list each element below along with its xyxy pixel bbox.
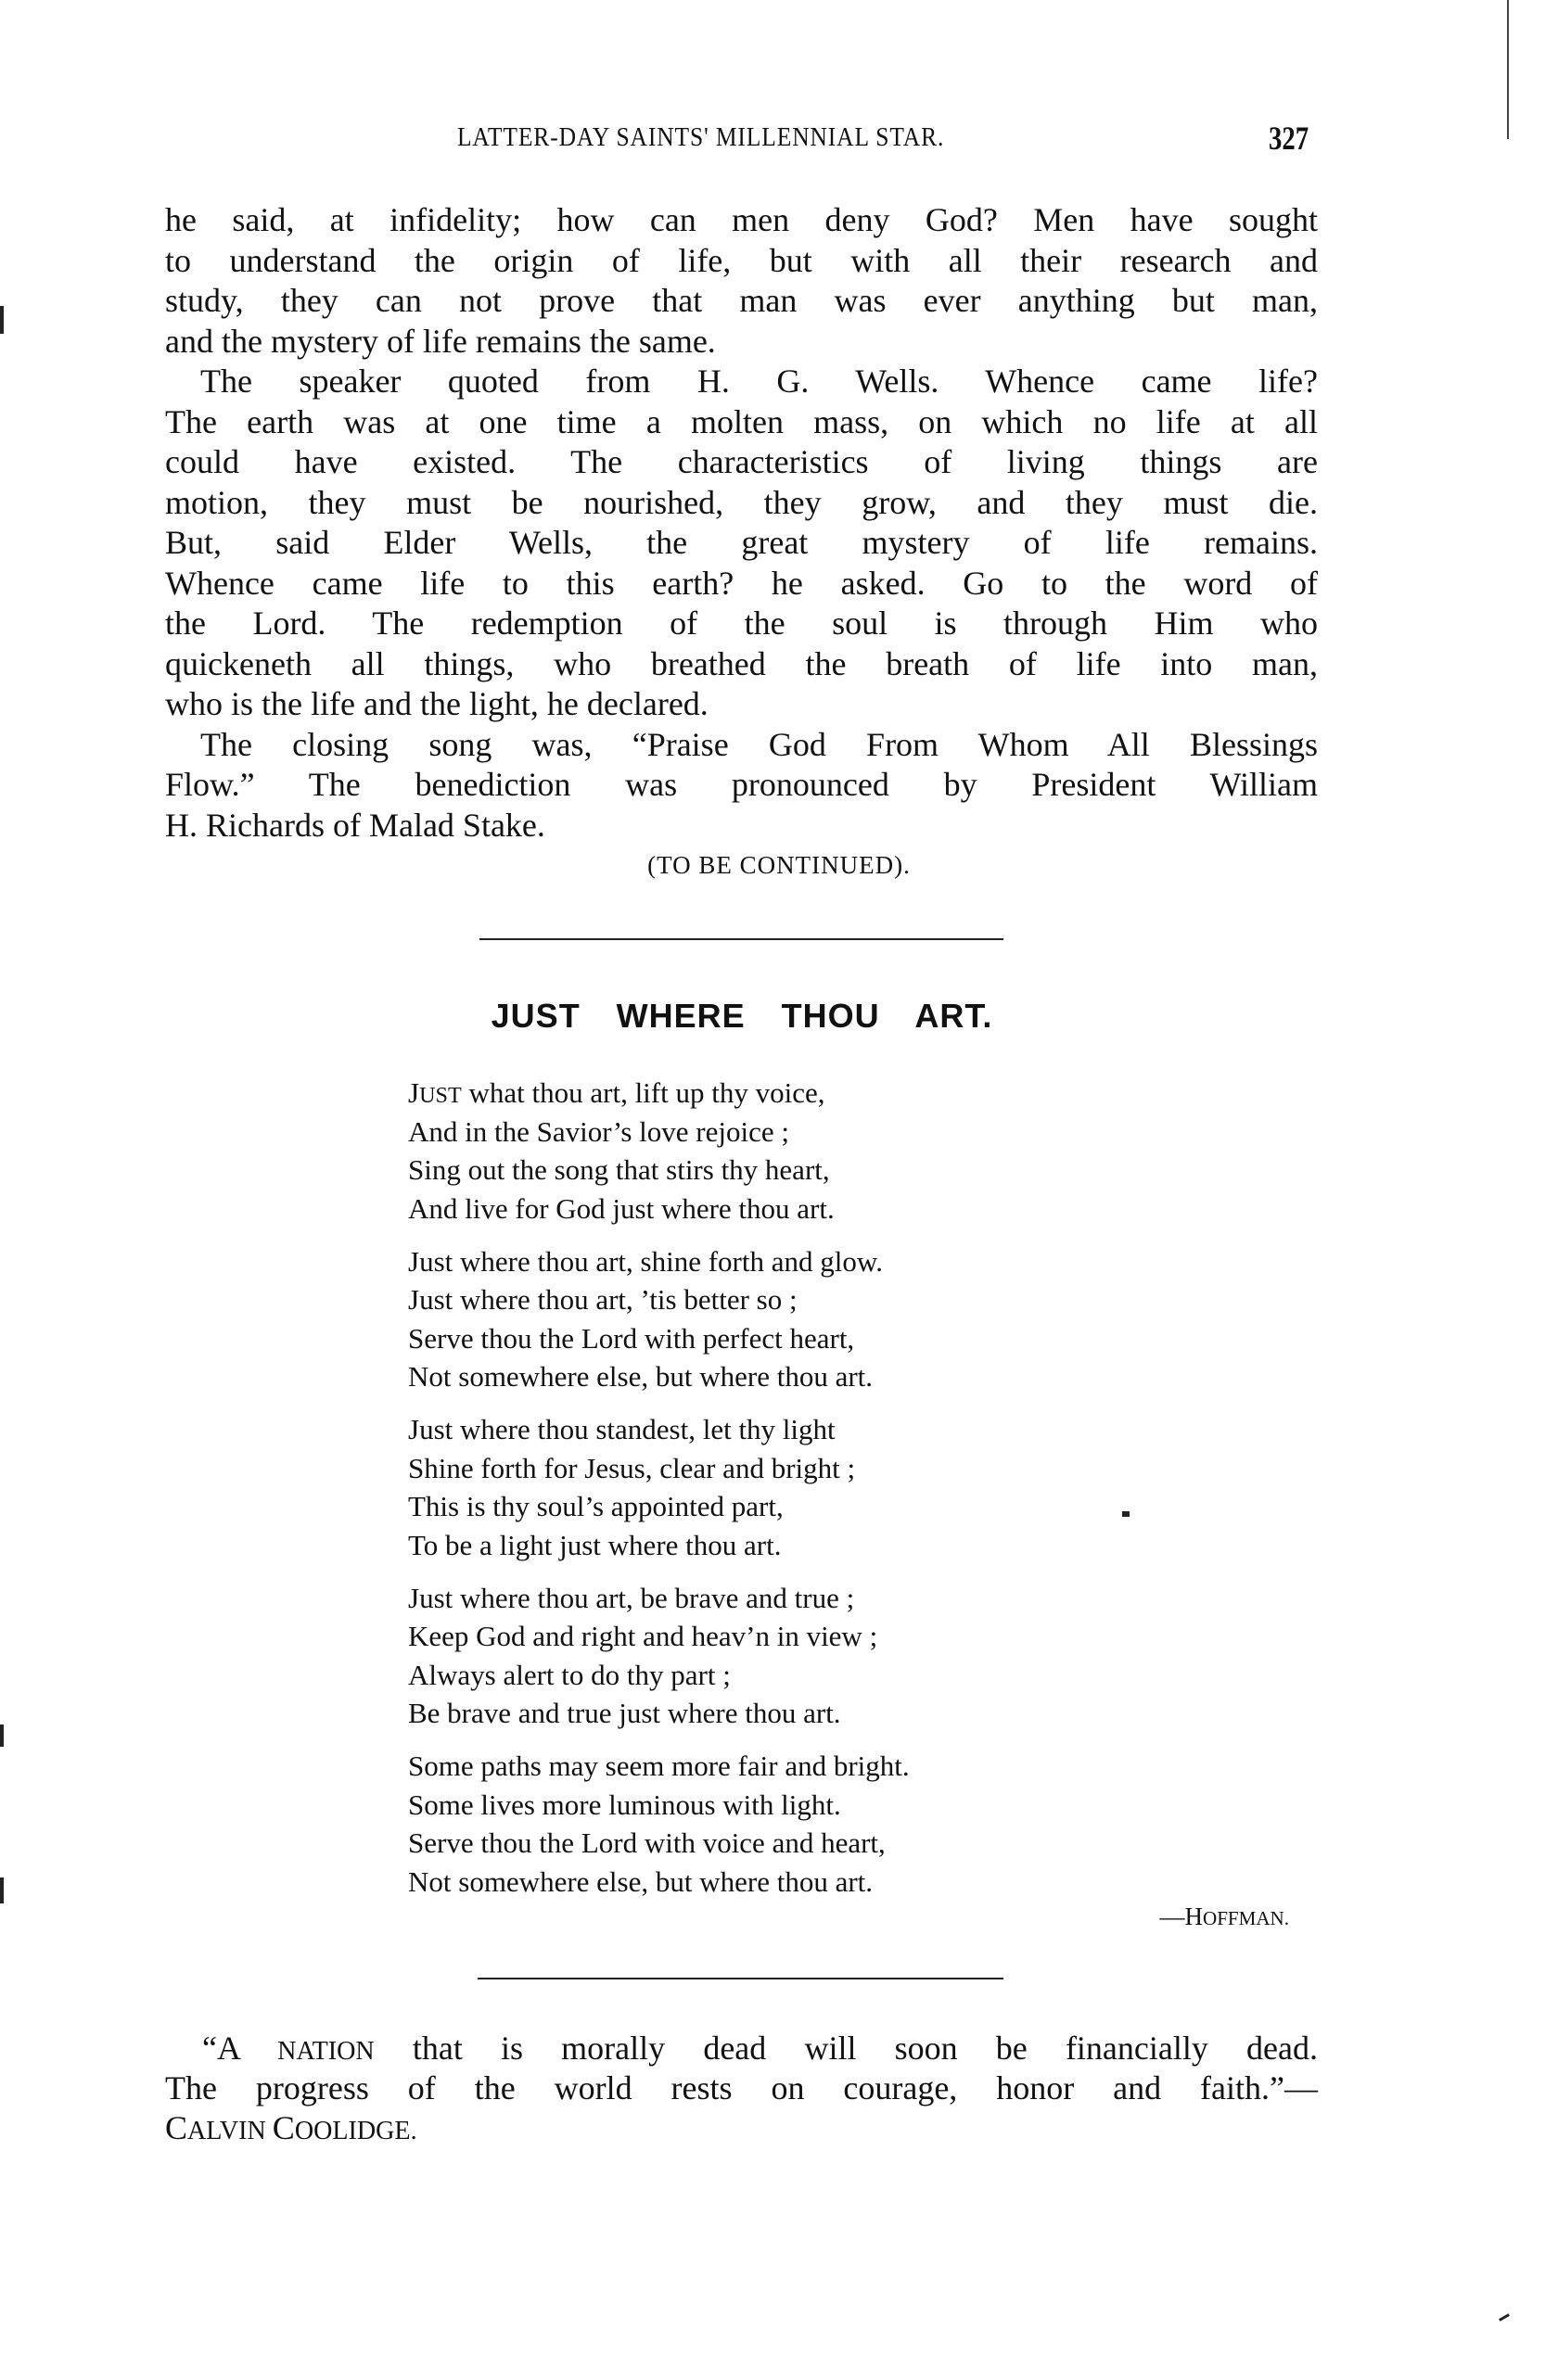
drop-word-initial: J [408,1076,419,1109]
body-line: The speaker quoted from H. G. Wells. Whe… [165,362,1318,402]
author-smallcaps: alvin [187,2117,273,2145]
poem-line: Keep God and right and heav’n in view ; [408,1617,877,1656]
poem-line: Not somewhere else, but where thou art. [408,1863,873,1902]
body-line: But, said Elder Wells, the great mystery… [165,523,1318,564]
section-divider [478,1978,1003,1979]
quote-smallcaps: nation [277,2037,375,2066]
body-line: he said, at infidelity; how can men deny… [165,200,1318,241]
poem-line-text: what thou art, lift up thy voice, [462,1076,825,1109]
scan-speck [1499,2313,1510,2322]
to-be-continued-note: (TO BE CONTINUED). [0,851,1558,880]
quote-line: “A nation that is morally dead will soon… [165,2029,1318,2071]
scan-edge-mark [0,306,4,334]
poem-line: Just where thou standest, let thy light [408,1410,836,1449]
poem-title: JUST WHERE THOU ART. [454,997,1029,1036]
body-line: to understand the origin of life, but wi… [165,241,1318,282]
body-line: Flow.” The benediction was pronounced by… [165,765,1318,806]
poem-line: To be a light just where thou art. [408,1526,781,1565]
poem-line: Just where thou art, be brave and true ; [408,1579,854,1618]
quote-text: that is morally dead will soon be financ… [375,2030,1318,2067]
body-line: quickeneth all things, who breathed the … [165,644,1318,685]
body-line: motion, they must be nourished, they gro… [165,483,1318,524]
poem-line: And live for God just where thou art. [408,1190,835,1228]
poem-line: Just where thou art, shine forth and glo… [408,1242,883,1281]
attribution-smallcaps: offman. [1203,1907,1289,1929]
attribution-dash: — [1160,1903,1185,1930]
poem-line: Just where thou art, ’tis better so ; [408,1280,798,1319]
poem-line: Be brave and true just where thou art. [408,1694,841,1733]
author-initial: C [165,2109,187,2146]
poem-line: And in the Savior’s love rejoice ; [408,1113,789,1152]
body-line: and the mystery of life remains the same… [165,322,1318,363]
author-smallcaps: oolidge. [295,2117,417,2145]
drop-word-smallcaps: ust [419,1083,462,1108]
poem-line: Some lives more luminous with light. [408,1786,841,1825]
poem-line: This is thy soul’s appointed part, [408,1487,784,1526]
poem-line: Some paths may seem more fair and bright… [408,1747,910,1786]
poem-line: Serve thou the Lord with perfect heart, [408,1319,854,1358]
running-header-title: LATTER-DAY SAINTS' MILLENNIAL STAR. [399,122,1002,153]
poem-line: Always alert to do thy part ; [408,1656,731,1695]
poem-line: Shine forth for Jesus, clear and bright … [408,1449,855,1488]
quote-line: The progress of the world rests on coura… [165,2068,1318,2108]
scan-edge-mark [0,1877,4,1903]
poem-line: Serve thou the Lord with voice and heart… [408,1824,886,1863]
poem-line: Just what thou art, lift up thy voice, [408,1074,824,1115]
page-number: 327 [1269,119,1309,158]
body-line: could have existed. The characteristics … [165,442,1318,483]
body-line: Whence came life to this earth? he asked… [165,564,1318,605]
body-line: The closing song was, “Praise God From W… [165,725,1318,766]
section-divider [479,938,1003,940]
author-initial: C [273,2109,295,2146]
quote-author: Calvin Coolidge. [165,2108,1318,2151]
body-line: H. Richards of Malad Stake. [165,806,1318,846]
scan-edge-mark [1507,0,1509,139]
body-line: the Lord. The redemption of the soul is … [165,604,1318,644]
attribution-initial: H [1185,1903,1204,1930]
scan-speck [1122,1511,1130,1517]
poem-line: Not somewhere else, but where thou art. [408,1357,873,1396]
quote-open: “A [202,2030,277,2067]
body-line: The earth was at one time a molten mass,… [165,402,1318,443]
scan-edge-mark [0,1725,4,1747]
poem-attribution: —Hoffman. [1160,1903,1290,1931]
poem-line: Sing out the song that stirs thy heart, [408,1151,830,1190]
body-line: who is the life and the light, he declar… [165,684,1318,725]
body-line: study, they can not prove that man was e… [165,281,1318,322]
